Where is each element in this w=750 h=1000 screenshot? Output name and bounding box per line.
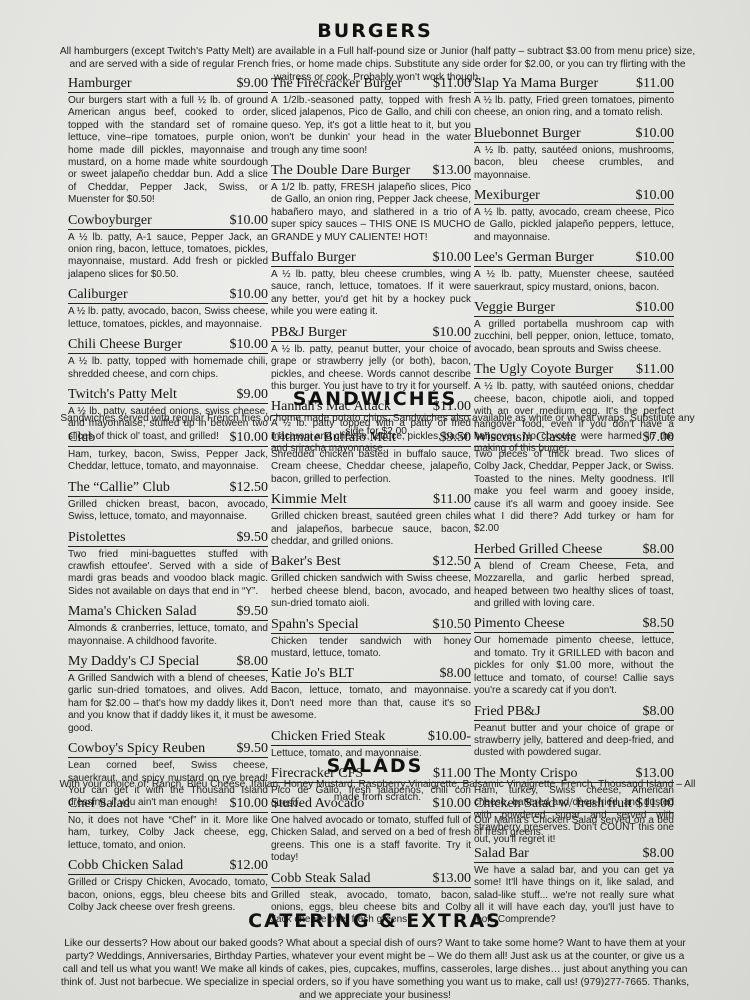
catering-text: Like our desserts? How about our baked g…: [60, 937, 690, 1000]
menu-item-price: $13.00: [433, 871, 472, 887]
menu-item-description: Our Mama's Chicken Salad served on a bed…: [474, 815, 674, 840]
menu-item: Kimmie Melt$11.00Grilled chicken breast,…: [271, 492, 471, 548]
menu-item: Pistolettes$9.50Two fried mini-baguettes…: [68, 530, 268, 599]
menu-item-description: A ½ lb. patty, peanut butter, your choic…: [271, 344, 471, 394]
menu-item-price: $8.00: [440, 666, 472, 682]
menu-item-header: Bluebonnet Burger$10.00: [474, 126, 674, 143]
menu-item-name: Salad Bar: [474, 846, 529, 862]
menu-item-name: Chili Cheese Burger: [68, 337, 182, 353]
menu-item-header: Club$10.00: [68, 430, 268, 447]
menu-item-price: $8.00: [237, 654, 269, 670]
menu-item: Herbed Grilled Cheese$8.00A blend of Cre…: [474, 542, 674, 611]
menu-item: Mama's Chicken Salad$9.50Almonds & cranb…: [68, 604, 268, 648]
menu-item-header: Cowboyburger$10.00: [68, 213, 268, 230]
menu-item-header: The “Callie” Club$12.50: [68, 480, 268, 497]
menu-item-price: $11.00: [433, 492, 471, 508]
menu-item-description: A ½ lb. patty, avocado, bacon, Swiss che…: [68, 306, 268, 331]
menu-item-name: Baker's Best: [271, 554, 341, 570]
menu-item-description: Ham, turkey, bacon, Swiss, Pepper Jack, …: [68, 449, 268, 474]
menu-item-name: PB&J Burger: [271, 325, 347, 341]
menu-item-price: $10.00: [636, 126, 675, 142]
menu-item-header: Fried PB&J$8.00: [474, 704, 674, 721]
menu-item-header: Veggie Burger$10.00: [474, 300, 674, 317]
menu-item-description: One halved avocado or tomato, stuffed fu…: [271, 815, 471, 865]
menu-item-header: Chicken Fried Steak$10.00-: [271, 729, 471, 746]
menu-item-description: A ½ lb. patty, avocado, cream cheese, Pi…: [474, 207, 674, 244]
menu-item-price: $12.00: [230, 858, 269, 874]
menu-item: Spahn's Special$10.50Chicken tender sand…: [271, 617, 471, 661]
menu-item: The Double Dare Burger$13.00A 1/2 lb. pa…: [271, 163, 471, 244]
menu-item-name: Mama's Chicken Salad: [68, 604, 197, 620]
menu-item-name: Wisconsin Classic: [474, 430, 576, 446]
menu-item-price: $8.00: [643, 704, 675, 720]
menu-item-header: Slap Ya Mama Burger$11.00: [474, 76, 674, 93]
menu-item: Pimento Cheese$8.50Our homemade pimento …: [474, 616, 674, 697]
menu-item: Club$10.00Ham, turkey, bacon, Swiss, Pep…: [68, 430, 268, 474]
menu-item-price: $10.00: [230, 796, 269, 812]
menu-item-name: Fried PB&J: [474, 704, 541, 720]
menu-item-description: Two fried mini-baguettes stuffed with cr…: [68, 549, 268, 599]
menu-item-header: Pimento Cheese$8.50: [474, 616, 674, 633]
menu-item-name: Chicken Fried Steak: [271, 729, 385, 745]
menu-item-price: $10.00: [636, 300, 675, 316]
menu-item-price: $10.00: [230, 213, 269, 229]
menu-item-name: The Double Dare Burger: [271, 163, 410, 179]
menu-item-price: $12.50: [433, 554, 472, 570]
menu-item-price: $8.50: [643, 616, 675, 632]
menu-item-price: $9.00: [237, 76, 269, 92]
menu-item-header: Cobb Chicken Salad$12.00: [68, 858, 268, 875]
menu-item-name: Bluebonnet Burger: [474, 126, 581, 142]
menu-item-price: $10.00: [433, 796, 472, 812]
menu-item-description: A Grilled Sandwich with a blend of chees…: [68, 673, 268, 735]
menu-item: Cowboyburger$10.00A ½ lb. patty, A-1 sau…: [68, 213, 268, 282]
menu-item-name: Cobb Chicken Salad: [68, 858, 183, 874]
menu-item-name: Spahn's Special: [271, 617, 359, 633]
menu-item-price: $9.50: [237, 530, 269, 546]
menu-item-name: Cobb Steak Salad: [271, 871, 371, 887]
menu-item: Chef Salad$10.00No, it does not have “Ch…: [68, 796, 268, 852]
menu-item-price: $12.50: [230, 480, 269, 496]
menu-item-description: Our homemade pimento cheese, lettuce, an…: [474, 635, 674, 697]
menu-item-description: Our burgers start with a full ½ lb. of g…: [68, 95, 268, 207]
menu-item-description: A ½ lb. patty, bleu cheese crumbles, win…: [271, 269, 471, 319]
menu-item-name: Hamburger: [68, 76, 132, 92]
menu-item: Caliburger$10.00A ½ lb. patty, avocado, …: [68, 287, 268, 331]
menu-item-description: Grilled chicken breast, bacon, avocado, …: [68, 499, 268, 524]
menu-item-name: My Daddy's CJ Special: [68, 654, 199, 670]
menu-item-header: Spahn's Special$10.50: [271, 617, 471, 634]
menu-item-name: Kimmie Melt: [271, 492, 347, 508]
menu-item-description: Grilled chicken breast, sautéed green ch…: [271, 511, 471, 548]
menu-item-name: Katie Jo's BLT: [271, 666, 354, 682]
burgers-title: BURGERS: [0, 20, 750, 42]
menu-item-price: $10.00: [636, 250, 675, 266]
menu-item-description: A 1/2 lb. patty, FRESH jalapeño slices, …: [271, 182, 471, 244]
menu-item-price: $11.00: [636, 362, 674, 378]
menu-item: Katie Jo's BLT$8.00Bacon, lettuce, tomat…: [271, 666, 471, 722]
menu-item: The “Callie” Club$12.50Grilled chicken b…: [68, 480, 268, 524]
menu-item-price: $11.00: [636, 76, 674, 92]
menu-item-header: Chili Cheese Burger$10.00: [68, 337, 268, 354]
menu-item-description: Grilled chicken sandwich with Swiss chee…: [271, 573, 471, 610]
menu-item-header: Lee's German Burger$10.00: [474, 250, 674, 267]
menu-item-description: Grilled or Crispy Chicken, Avocado, toma…: [68, 877, 268, 914]
menu-item-name: Caliburger: [68, 287, 128, 303]
menu-item-price: $10.00-: [428, 729, 471, 745]
menu-item-price: $10.50: [433, 617, 472, 633]
menu-item-price: $11.00: [636, 796, 674, 812]
menu-item-header: Ultimate Buffalo Melt$9.50: [271, 430, 471, 447]
menu-item-name: The Firecracker Burger: [271, 76, 402, 92]
menu-item-header: The Ugly Coyote Burger$11.00: [474, 362, 674, 379]
menu-item-price: $8.00: [643, 846, 675, 862]
menu-item: The Firecracker Burger$11.00A 1/2lb.-sea…: [271, 76, 471, 157]
menu-item-header: Chef Salad$10.00: [68, 796, 268, 813]
menu-item-header: Buffalo Burger$10.00: [271, 250, 471, 267]
menu-item: Ultimate Buffalo Melt$9.50Shredded chick…: [271, 430, 471, 486]
menu-item: Wisconsin Classic$7.00Two pieces of thic…: [474, 430, 674, 536]
menu-item: Buffalo Burger$10.00A ½ lb. patty, bleu …: [271, 250, 471, 319]
menu-item-name: The “Callie” Club: [68, 480, 170, 496]
menu-item-header: Katie Jo's BLT$8.00: [271, 666, 471, 683]
menu-item-price: $7.00: [643, 430, 675, 446]
menu-item-name: Pimento Cheese: [474, 616, 565, 632]
menu-item-description: Chicken tender sandwich with honey musta…: [271, 636, 471, 661]
menu-item: Veggie Burger$10.00A grilled portabella …: [474, 300, 674, 356]
menu-item-header: Wisconsin Classic$7.00: [474, 430, 674, 447]
menu-item-description: A ½ lb. patty, Fried green tomatoes, pim…: [474, 95, 674, 120]
menu-item-name: Pistolettes: [68, 530, 126, 546]
menu-item-name: Chef Salad: [68, 796, 130, 812]
menu-item-description: No, it does not have “Chef” in it. More …: [68, 815, 268, 852]
menu-item-name: Ultimate Buffalo Melt: [271, 430, 396, 446]
sandwiches-title: SANDWICHES: [0, 388, 750, 410]
menu-item-header: Mexiburger$10.00: [474, 188, 674, 205]
menu-item-price: $8.00: [643, 542, 675, 558]
menu-item-name: Chicken Salad w/ fresh fruit: [474, 796, 632, 812]
menu-item-header: Hamburger$9.00: [68, 76, 268, 93]
menu-item-header: Baker's Best$12.50: [271, 554, 471, 571]
menu-item: Mexiburger$10.00A ½ lb. patty, avocado, …: [474, 188, 674, 244]
menu-item-header: Stuffed Avocado$10.00: [271, 796, 471, 813]
menu-item-price: $10.00: [230, 287, 269, 303]
menu-item-header: Chicken Salad w/ fresh fruit$11.00: [474, 796, 674, 813]
menu-item-price: $10.00: [433, 250, 472, 266]
menu-item-name: Stuffed Avocado: [271, 796, 364, 812]
menu-item-header: Mama's Chicken Salad$9.50: [68, 604, 268, 621]
menu-item-name: Lee's German Burger: [474, 250, 594, 266]
menu-item: Baker's Best$12.50Grilled chicken sandwi…: [271, 554, 471, 610]
menu-item-name: Mexiburger: [474, 188, 540, 204]
menu-item-price: $13.00: [433, 163, 472, 179]
menu-item-description: A 1/2lb.-seasoned patty, topped with fre…: [271, 95, 471, 157]
catering-title: CATERING & EXTRAS: [0, 910, 750, 932]
menu-item-description: A blend of Cream Cheese, Feta, and Mozza…: [474, 561, 674, 611]
menu-item-header: Salad Bar$8.00: [474, 846, 674, 863]
menu-item-price: $10.00: [636, 188, 675, 204]
menu-item-price: $10.00: [230, 430, 269, 446]
menu-item-header: Pistolettes$9.50: [68, 530, 268, 547]
menu-item-header: My Daddy's CJ Special$8.00: [68, 654, 268, 671]
menu-item: Lee's German Burger$10.00A ½ lb. patty, …: [474, 250, 674, 294]
menu-item-description: A ½ lb. patty, topped with homemade chil…: [68, 356, 268, 381]
menu-item: Cobb Chicken Salad$12.00Grilled or Crisp…: [68, 858, 268, 914]
menu-item-name: Slap Ya Mama Burger: [474, 76, 598, 92]
salads-title: SALADS: [0, 755, 750, 777]
menu-item-description: Shredded chicken basted in buffalo sauce…: [271, 449, 471, 486]
menu-item-description: A ½ lb. patty, Muenster cheese, sautéed …: [474, 269, 674, 294]
menu-item-description: A ½ lb. patty, sautéed onions, mushrooms…: [474, 145, 674, 182]
menu-item-name: Veggie Burger: [474, 300, 555, 316]
menu-item-name: Cowboyburger: [68, 213, 152, 229]
menu-item-header: Herbed Grilled Cheese$8.00: [474, 542, 674, 559]
menu-item-header: The Double Dare Burger$13.00: [271, 163, 471, 180]
menu-item: Fried PB&J$8.00Peanut butter and your ch…: [474, 704, 674, 760]
menu-item-price: $10.00: [433, 325, 472, 341]
menu-item-price: $9.50: [440, 430, 472, 446]
menu-item-header: Caliburger$10.00: [68, 287, 268, 304]
menu-item: Chicken Salad w/ fresh fruit$11.00Our Ma…: [474, 796, 674, 840]
menu-item: Bluebonnet Burger$10.00A ½ lb. patty, sa…: [474, 126, 674, 182]
menu-item: Stuffed Avocado$10.00One halved avocado …: [271, 796, 471, 865]
menu-item-name: Herbed Grilled Cheese: [474, 542, 602, 558]
menu-item-description: A grilled portabella mushroom cap with z…: [474, 319, 674, 356]
menu-item-price: $10.00: [230, 337, 269, 353]
menu-item-name: Buffalo Burger: [271, 250, 356, 266]
menu-item-header: Kimmie Melt$11.00: [271, 492, 471, 509]
menu-item-description: Almonds & cranberries, lettuce, tomato, …: [68, 623, 268, 648]
menu-item-description: Two pieces of thick bread. Two slices of…: [474, 449, 674, 536]
menu-item-description: A ½ lb. patty, A-1 sauce, Pepper Jack, a…: [68, 232, 268, 282]
menu-item-name: Club: [68, 430, 95, 446]
menu-item-price: $11.00: [433, 76, 471, 92]
menu-item-header: Cobb Steak Salad$13.00: [271, 871, 471, 888]
menu-item: Slap Ya Mama Burger$11.00A ½ lb. patty, …: [474, 76, 674, 120]
menu-item-description: Bacon, lettuce, tomato, and mayonnaise. …: [271, 685, 471, 722]
menu-item: My Daddy's CJ Special$8.00A Grilled Sand…: [68, 654, 268, 735]
menu-item: PB&J Burger$10.00A ½ lb. patty, peanut b…: [271, 325, 471, 394]
menu-item-header: The Firecracker Burger$11.00: [271, 76, 471, 93]
salads-column-1: Chef Salad$10.00No, it does not have “Ch…: [68, 796, 268, 920]
menu-item-price: $9.50: [237, 604, 269, 620]
menu-item-name: The Ugly Coyote Burger: [474, 362, 613, 378]
menu-item: Chili Cheese Burger$10.00A ½ lb. patty, …: [68, 337, 268, 381]
menu-item-header: PB&J Burger$10.00: [271, 325, 471, 342]
menu-item: Hamburger$9.00Our burgers start with a f…: [68, 76, 268, 207]
